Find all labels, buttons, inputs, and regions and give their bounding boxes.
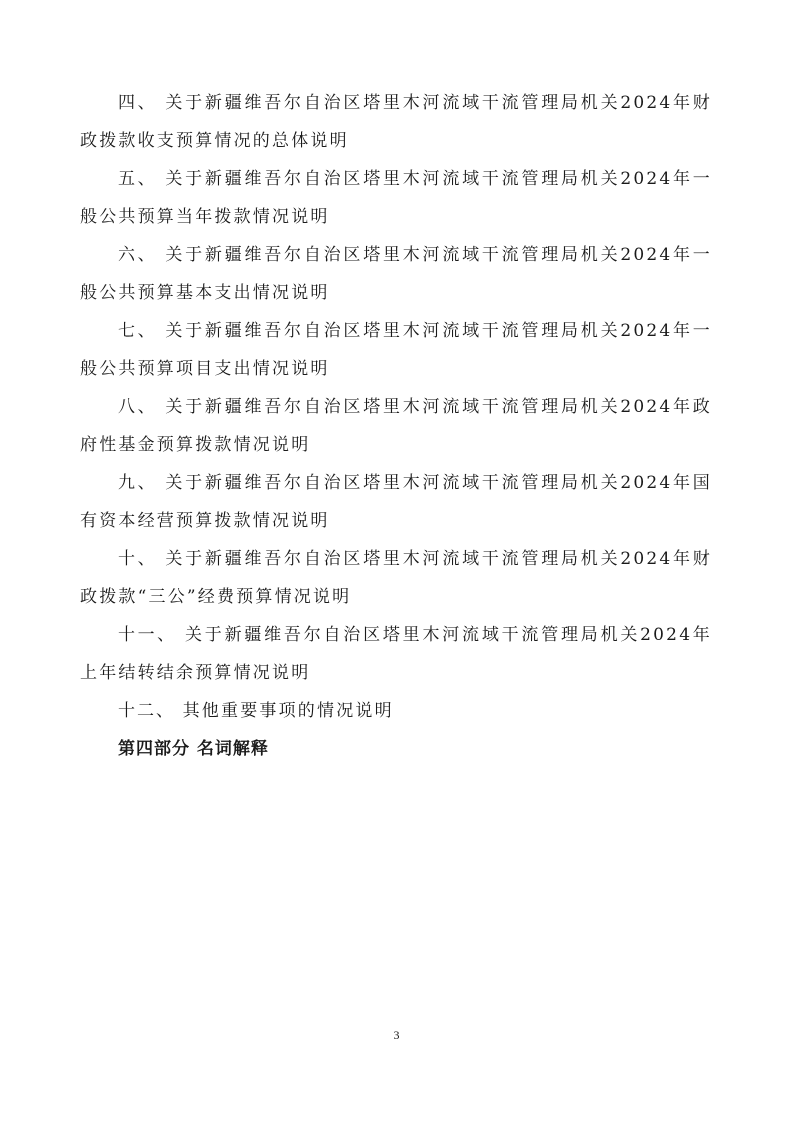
toc-item-10: 十、 关于新疆维吾尔自治区塔里木河流域干流管理局机关2024年财政拨款“三公”经…: [80, 540, 712, 616]
item-number: 十二、: [118, 701, 175, 721]
item-text: 关于新疆维吾尔自治区塔里木河流域干流管理局机关2024年国有资本经营预算拨款情况…: [80, 473, 712, 531]
item-text: 关于新疆维吾尔自治区塔里木河流域干流管理局机关2024年一般公共预算当年拨款情况…: [80, 169, 712, 227]
item-text: 关于新疆维吾尔自治区塔里木河流域干流管理局机关2024年财政拨款收支预算情况的总…: [80, 93, 712, 151]
item-number: 十一、: [118, 625, 177, 645]
item-text: 关于新疆维吾尔自治区塔里木河流域干流管理局机关2024年财政拨款“三公”经费预算…: [80, 549, 712, 607]
item-text: 关于新疆维吾尔自治区塔里木河流域干流管理局机关2024年一般公共预算基本支出情况…: [80, 245, 712, 303]
item-number: 六、: [118, 245, 157, 265]
item-text: 其他重要事项的情况说明: [183, 701, 394, 721]
toc-item-6: 六、 关于新疆维吾尔自治区塔里木河流域干流管理局机关2024年一般公共预算基本支…: [80, 236, 712, 312]
page-number: 3: [0, 1028, 793, 1043]
toc-item-12: 十二、 其他重要事项的情况说明: [80, 692, 712, 730]
item-number: 八、: [118, 397, 157, 417]
item-number: 九、: [118, 473, 157, 493]
document-page: 四、 关于新疆维吾尔自治区塔里木河流域干流管理局机关2024年财政拨款收支预算情…: [80, 84, 712, 768]
toc-item-9: 九、 关于新疆维吾尔自治区塔里木河流域干流管理局机关2024年国有资本经营预算拨…: [80, 464, 712, 540]
toc-item-5: 五、 关于新疆维吾尔自治区塔里木河流域干流管理局机关2024年一般公共预算当年拨…: [80, 160, 712, 236]
item-text: 关于新疆维吾尔自治区塔里木河流域干流管理局机关2024年政府性基金预算拨款情况说…: [80, 397, 712, 455]
toc-item-7: 七、 关于新疆维吾尔自治区塔里木河流域干流管理局机关2024年一般公共预算项目支…: [80, 312, 712, 388]
toc-item-8: 八、 关于新疆维吾尔自治区塔里木河流域干流管理局机关2024年政府性基金预算拨款…: [80, 388, 712, 464]
item-number: 七、: [118, 321, 157, 341]
toc-item-11: 十一、 关于新疆维吾尔自治区塔里木河流域干流管理局机关2024年上年结转结余预算…: [80, 616, 712, 692]
item-number: 五、: [118, 169, 157, 189]
item-number: 十、: [118, 549, 157, 569]
item-text: 关于新疆维吾尔自治区塔里木河流域干流管理局机关2024年一般公共预算项目支出情况…: [80, 321, 712, 379]
toc-item-4: 四、 关于新疆维吾尔自治区塔里木河流域干流管理局机关2024年财政拨款收支预算情…: [80, 84, 712, 160]
section-heading: 第四部分 名词解释: [80, 730, 712, 768]
item-number: 四、: [118, 93, 157, 113]
